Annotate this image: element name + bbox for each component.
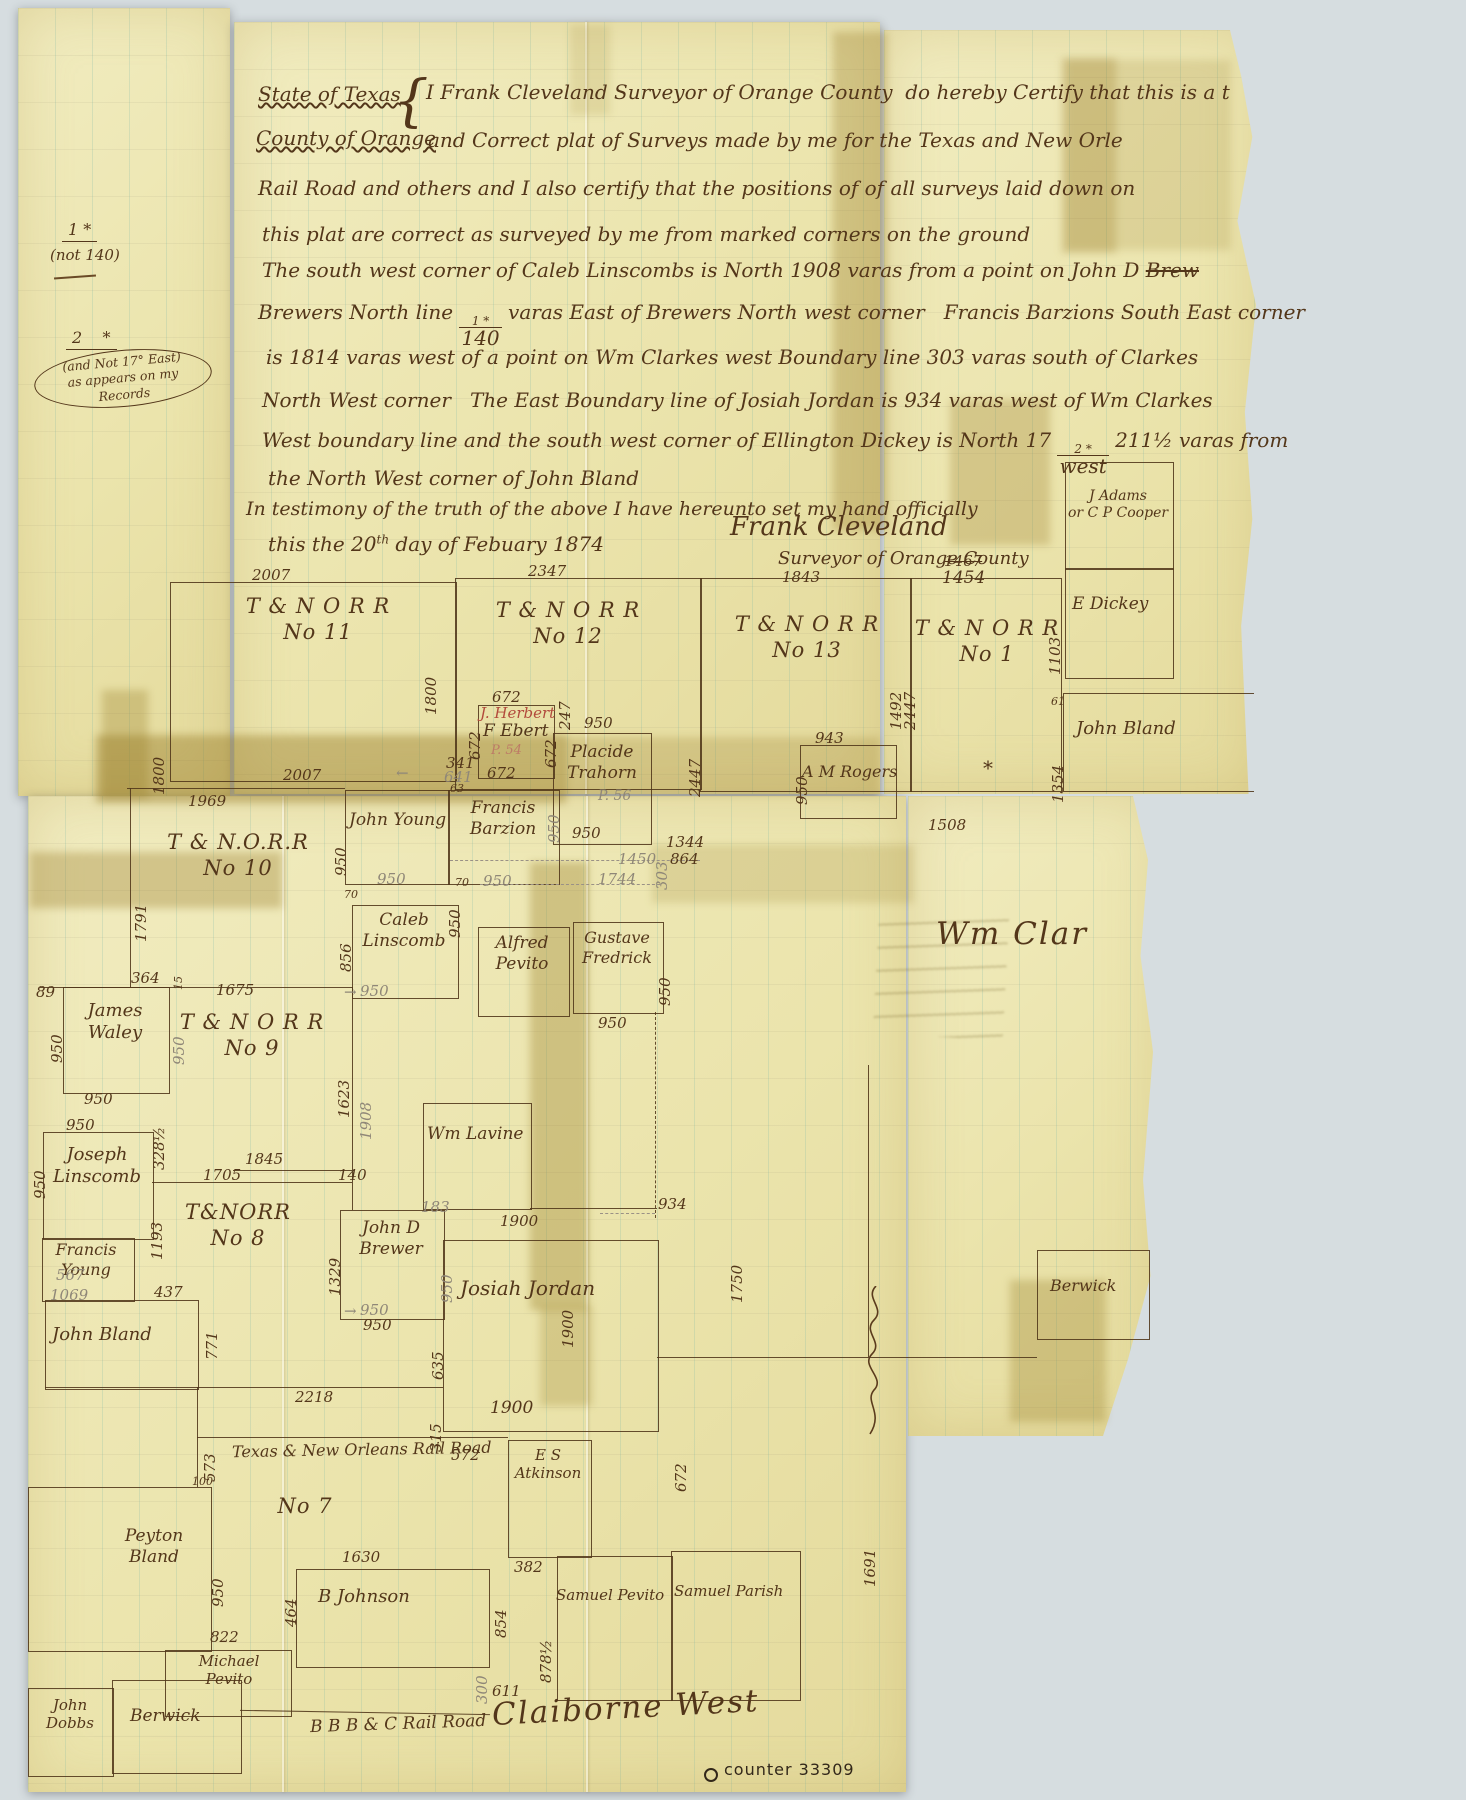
parcel-label-samuel-pevito: Samuel Pevito (556, 1586, 664, 1604)
parcel-label-joseph-linscomb: Joseph Linscomb (45, 1144, 149, 1188)
parcel-box-samuel-pevito (557, 1556, 673, 1701)
dim-waley-south: 950 (84, 1090, 113, 1108)
arrow-icon: → (344, 1302, 357, 1320)
dim-1344: 1344 (666, 833, 704, 851)
parcel-box-rogers (800, 745, 897, 819)
dim-1103: 1103 (1046, 637, 1064, 675)
dim-1450-pencil: 1450 (618, 850, 656, 868)
parcel-label-brewer: John D Brewer (344, 1218, 438, 1259)
certificate-line-6: Brewers North line 1 *140 varas East of … (258, 300, 1305, 348)
dashed-boundary (600, 1213, 655, 1214)
parcel-label-lavine: Wm Lavine (427, 1124, 523, 1145)
dim-fredrick-east: 950 (656, 977, 674, 1006)
parcel-box-john-bland-ne (1063, 693, 1254, 792)
parcel-label-tnorr-13: T & N O R R No 13 (722, 612, 892, 663)
line5-text: The south west corner of Caleb Linscombs… (262, 258, 1146, 282)
parcel-label-tnorr-8: T&NORR No 8 (168, 1200, 308, 1251)
dim-854: 854 (492, 1609, 510, 1638)
dim-822: 822 (210, 1628, 239, 1646)
parcel-label-berwick-east: Berwick (1050, 1276, 1116, 1296)
boundary-line (40, 987, 352, 988)
boundary-line (45, 1387, 443, 1388)
dim-2447-a: 2447 (686, 759, 704, 797)
dim-no11-east: 1800 (422, 677, 440, 715)
dim-jordan-inner: 1900 (559, 1310, 577, 1348)
parcel-label-john-dobbs: John Dobbs (34, 1696, 106, 1733)
parcel-box-samuel-parish (671, 1551, 801, 1701)
line9-post: 211½ varas from (1109, 428, 1289, 452)
dim-611: 611 (492, 1682, 521, 1700)
creek-squiggle (856, 1286, 892, 1436)
dim-peyton-east: 950 (209, 1578, 227, 1607)
dim-1691: 1691 (861, 1549, 879, 1587)
dim-caleb-south-pencil: 950 (360, 982, 389, 1000)
dim-140: 140 (338, 1166, 367, 1184)
line9-pre: West boundary line and the south west co… (262, 428, 1057, 452)
parcel-label-dickey: E Dickey (1072, 594, 1148, 615)
dim-waley-east-pencil: 950 (170, 1036, 188, 1065)
parcel-label-john-bland-ne: John Bland (1076, 718, 1176, 740)
parcel-box-johnson (296, 1569, 490, 1668)
parcel-label-tnorr-9: T & N O R R No 9 (172, 1010, 332, 1061)
dim-1908-pencil: 1908 (357, 1102, 375, 1140)
dim-2218: 2218 (295, 1388, 333, 1406)
boundary-line (130, 788, 131, 987)
dim-61: 61 (1051, 695, 1065, 708)
parcel-label-trahorn: Placide Trahorn (556, 742, 648, 783)
dim-2447-b: 2447 (901, 692, 919, 730)
line5-struck-word: Brew (1146, 258, 1199, 282)
boundary-line (530, 1208, 657, 1209)
dim-caleb-east: 950 (446, 909, 464, 938)
certificate-line-5: The south west corner of Caleb Linscombs… (262, 258, 1199, 282)
dim-young-south-pencil: 950 (377, 870, 406, 888)
certificate-line-7: is 1814 varas west of a point on Wm Clar… (266, 345, 1198, 369)
dim-barzion-south-pencil: 950 (483, 872, 512, 890)
margin-note-1-head: 1 * (62, 220, 97, 242)
archive-counter-stamp: counter 33309 (724, 1760, 855, 1780)
parcel-label-herbert: J. Herbert (480, 704, 555, 722)
certificate-line-1: I Frank Cleveland Surveyor of Orange Cou… (426, 80, 1230, 104)
dim-trahorn-south: 950 (572, 824, 601, 842)
parcel-box-jordan (443, 1240, 659, 1432)
dim-rogers-west: 950 (793, 776, 811, 805)
dim-437: 437 (154, 1283, 183, 1301)
dim-no11-north: 2007 (252, 566, 290, 584)
dim-ebert-east: 672 (542, 739, 560, 768)
line6-annotated-number: 1 *140 (459, 315, 501, 348)
dim-864: 864 (670, 850, 699, 868)
dim-382: 382 (514, 1558, 543, 1576)
dim-183-pencil: 183 (421, 1198, 450, 1216)
certificate-state: State of Texas (258, 82, 401, 106)
dim-barzion-east-pencil: 950 (545, 814, 563, 843)
parcel-label-michael-pevito: Michael Pevito (180, 1652, 278, 1689)
arrow-icon: ← (396, 764, 409, 782)
dim-1791: 1791 (132, 904, 150, 942)
dim-1193: 1193 (148, 1222, 166, 1260)
boundary-line (233, 1170, 352, 1171)
stamp-circle-icon (704, 1768, 718, 1782)
parcel-box-dickey (1065, 568, 1174, 679)
dim-573: 573 (201, 1453, 219, 1482)
dim-1750: 1750 (728, 1265, 746, 1303)
parcel-label-tnorr-12: T & N O R R No 12 (478, 598, 658, 649)
parcel-label-tnorr-7: No 7 (260, 1494, 350, 1520)
dim-934: 934 (658, 1195, 687, 1213)
dim-waley-west: 950 (48, 1034, 66, 1063)
parcel-label-ebert-page: P. 54 (491, 743, 522, 759)
star-mark: * (983, 756, 993, 780)
parcel-label-adams-cooper: J Adams or C P Cooper (1067, 488, 1169, 522)
dim-jordan-south: 1900 (490, 1398, 533, 1419)
paper-piece-bottom-right (908, 796, 1158, 1436)
dim-247: 247 (556, 701, 574, 730)
dim-no14-north: 1454 (942, 568, 985, 589)
dim-1845: 1845 (245, 1150, 283, 1168)
dim-315: 315 (427, 1423, 445, 1452)
scanned-plat-document: 1 * (not 140) 2 * (and Not 17° East) as … (0, 0, 1466, 1800)
dim-70: 70 (455, 876, 469, 889)
dim-635: 635 (429, 1351, 447, 1380)
parcel-label-trahorn-page: P. 56 (598, 788, 631, 805)
dim-1623: 1623 (335, 1080, 353, 1118)
parcel-box-berwick-west (112, 1680, 242, 1774)
parcel-box-peyton-bland (28, 1487, 212, 1652)
dim-63: 63 (450, 782, 464, 795)
parcel-label-tnorr-10: T & N.O.R.R No 10 (138, 830, 338, 881)
parcel-label-alfred-pevito: Alfred Pevito (482, 933, 562, 974)
dim-1705: 1705 (203, 1166, 241, 1184)
dim-572: 572 (451, 1446, 480, 1464)
parcel-label-peyton-bland: Peyton Bland (105, 1526, 203, 1567)
fold-crease (282, 796, 284, 1792)
dim-1329: 1329 (326, 1258, 344, 1296)
dim-no13-north: 1843 (782, 568, 820, 586)
margin-note-2-head: 2 * (66, 328, 117, 350)
dim-atkinson-west: 672 (672, 1463, 690, 1492)
dashed-boundary (655, 1012, 656, 1218)
dim-jordan-north: 1900 (500, 1212, 538, 1230)
certificate-line-8: North West corner The East Boundary line… (262, 388, 1213, 412)
dim-joseph-west: 950 (31, 1170, 49, 1199)
parcel-label-atkinson: E S Atkinson (509, 1446, 587, 1483)
dim-1744-pencil: 1744 (598, 870, 636, 888)
dim-15: 15 (172, 976, 185, 990)
parcel-label-ebert: F Ebert (483, 721, 549, 742)
dim-771: 771 (203, 1331, 221, 1360)
certificate-brace: { (393, 74, 429, 130)
dim-1630: 1630 (342, 1548, 380, 1566)
dim-464: 464 (282, 1598, 300, 1627)
dim-joseph-north: 950 (66, 1116, 95, 1134)
dim-no10-north: 1969 (188, 792, 226, 810)
dim-brewer-south: 950 (363, 1316, 392, 1334)
dim-89: 89 (36, 983, 55, 1001)
boundary-line (197, 1387, 198, 1487)
surveyor-signature-title: Surveyor of Orange County (778, 548, 1029, 570)
parcel-label-wm-clarke: Wm Clar (936, 916, 1088, 954)
dim-303-pencil: 303 (653, 861, 671, 890)
line6-post: varas East of Brewers North west corner … (502, 300, 1305, 324)
parcel-label-caleb-linscomb: Caleb Linscomb (356, 910, 452, 951)
dim-70: 70 (344, 888, 358, 901)
line6-pre: Brewers North line (258, 300, 459, 324)
arrow-icon: → (344, 983, 357, 1001)
dim-ebert-west: 672 (466, 731, 484, 760)
dim-878half: 878½ (537, 1640, 555, 1683)
dim-1508: 1508 (928, 816, 966, 834)
dim-no11-west: 1800 (150, 757, 168, 795)
dim-1354: 1354 (1049, 765, 1067, 803)
certificate-line-2: and Correct plat of Surveys made by me f… (428, 128, 1123, 152)
boundary-line (152, 1182, 352, 1183)
parcel-label-tnorr-11: T & N O R R No 11 (228, 594, 408, 645)
parcel-label-tnorr-14: T & N O R R No 1 (912, 616, 1062, 667)
parcel-label-gustave-fredrick: Gustave Fredrick (575, 928, 659, 967)
margin-note-1: 1 * (62, 220, 97, 242)
parcel-label-barzion: Francis Barzion (452, 798, 554, 839)
parcel-label-samuel-parish: Samuel Parish (674, 1582, 783, 1600)
dim-ebert-south: 672 (487, 764, 516, 782)
margin-note-1-body: (not 140) (50, 246, 120, 264)
dim-567-pencil: 567 (56, 1266, 85, 1284)
dim-brewer-east-pencil: 950 (438, 1274, 456, 1303)
dim-300-pencil: 300 (473, 1675, 491, 1704)
margin-note-2: 2 * (66, 328, 117, 350)
surveyor-signature: Frank Cleveland (730, 512, 948, 544)
dim-trahorn-north: 950 (584, 714, 613, 732)
certificate-line-10: the North West corner of John Bland (268, 466, 639, 490)
certificate-line-3: Rail Road and others and I also certify … (258, 176, 1135, 200)
boundary-line (657, 1357, 1037, 1358)
parcel-label-johnson: B Johnson (318, 1586, 410, 1608)
dim-no12-north: 2347 (528, 562, 566, 580)
dim-856: 856 (337, 943, 355, 972)
line12-post: day of Febuary 1874 (389, 532, 604, 556)
dim-rogers-north: 943 (815, 729, 844, 747)
dim-young-west: 950 (332, 847, 350, 876)
dim-ebert-north: 672 (492, 688, 521, 706)
dim-1069-pencil: 1069 (50, 1286, 88, 1304)
certificate-line-12: this the 20th day of Febuary 1874 (268, 532, 604, 556)
line12-sup: th (377, 532, 390, 546)
parcel-label-berwick-west: Berwick (130, 1706, 201, 1727)
dim-no11-south: 2007 (283, 766, 321, 784)
dim-328half: 328½ (150, 1127, 168, 1170)
certificate-line-4: this plat are correct as surveyed by me … (262, 222, 1030, 246)
parcel-label-john-bland-sw: John Bland (52, 1324, 152, 1346)
dim-1675: 1675 (216, 981, 254, 999)
parcel-label-jordan: Josiah Jordan (460, 1276, 595, 1300)
parcel-label-rogers: A M Rogers (802, 762, 897, 782)
dim-364: 364 (131, 969, 160, 987)
parcel-box-lavine (423, 1103, 532, 1210)
parcel-label-james-waley: James Waley (68, 1000, 162, 1044)
dim-fredrick-south: 950 (598, 1014, 627, 1032)
line12-pre: this the 20 (268, 532, 377, 556)
parcel-label-john-young: John Young (349, 810, 446, 831)
